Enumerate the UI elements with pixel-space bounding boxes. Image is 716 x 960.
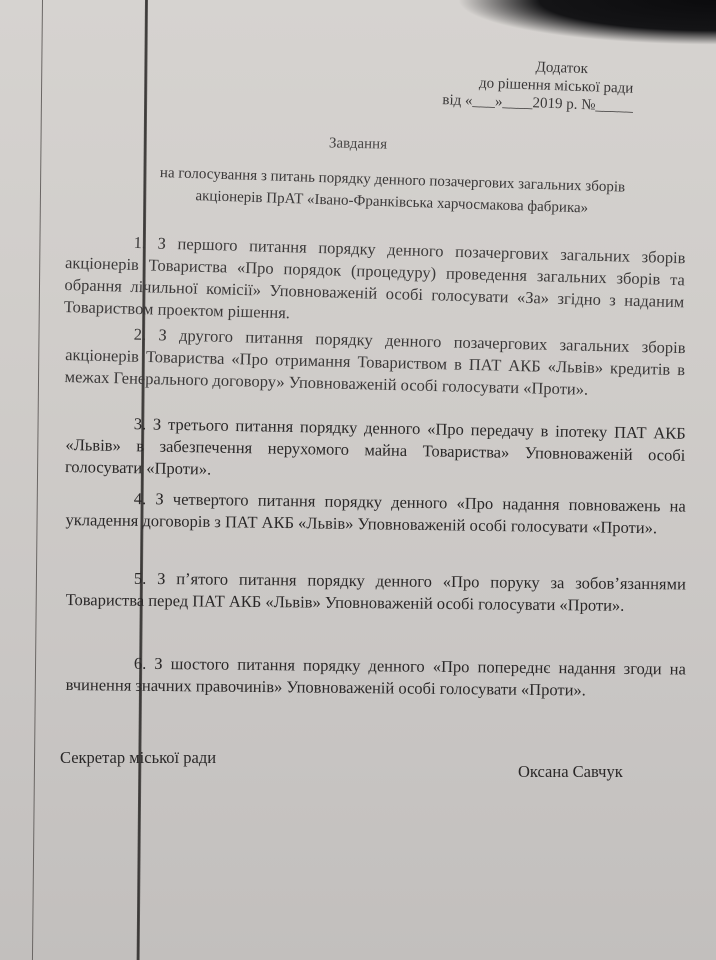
voting-item-3: 3. З третього питання порядку денного «П… [65,412,686,489]
signature-position: Секретар міської ради [60,748,216,768]
voting-item-2: 2. З другого питання порядку денного поз… [64,322,685,403]
photo-corner-shadow [456,0,716,45]
show-through-text [150,772,711,838]
voting-item-1: 1. З першого питання порядку денного поз… [64,230,686,335]
appendix-header: Додаток до рішення міської ради від «___… [438,55,690,118]
document-title: Завдання [0,129,716,161]
voting-item-6: 6. З шостого питання порядку денного «Пр… [66,652,686,702]
document-subtitle: на голосування з питань порядку денного … [97,160,688,223]
voting-item-4: 4. З четвертого питання порядку денного … [65,487,686,540]
voting-item-5: 5. З п’ятого питання порядку денного «Пр… [66,567,686,617]
